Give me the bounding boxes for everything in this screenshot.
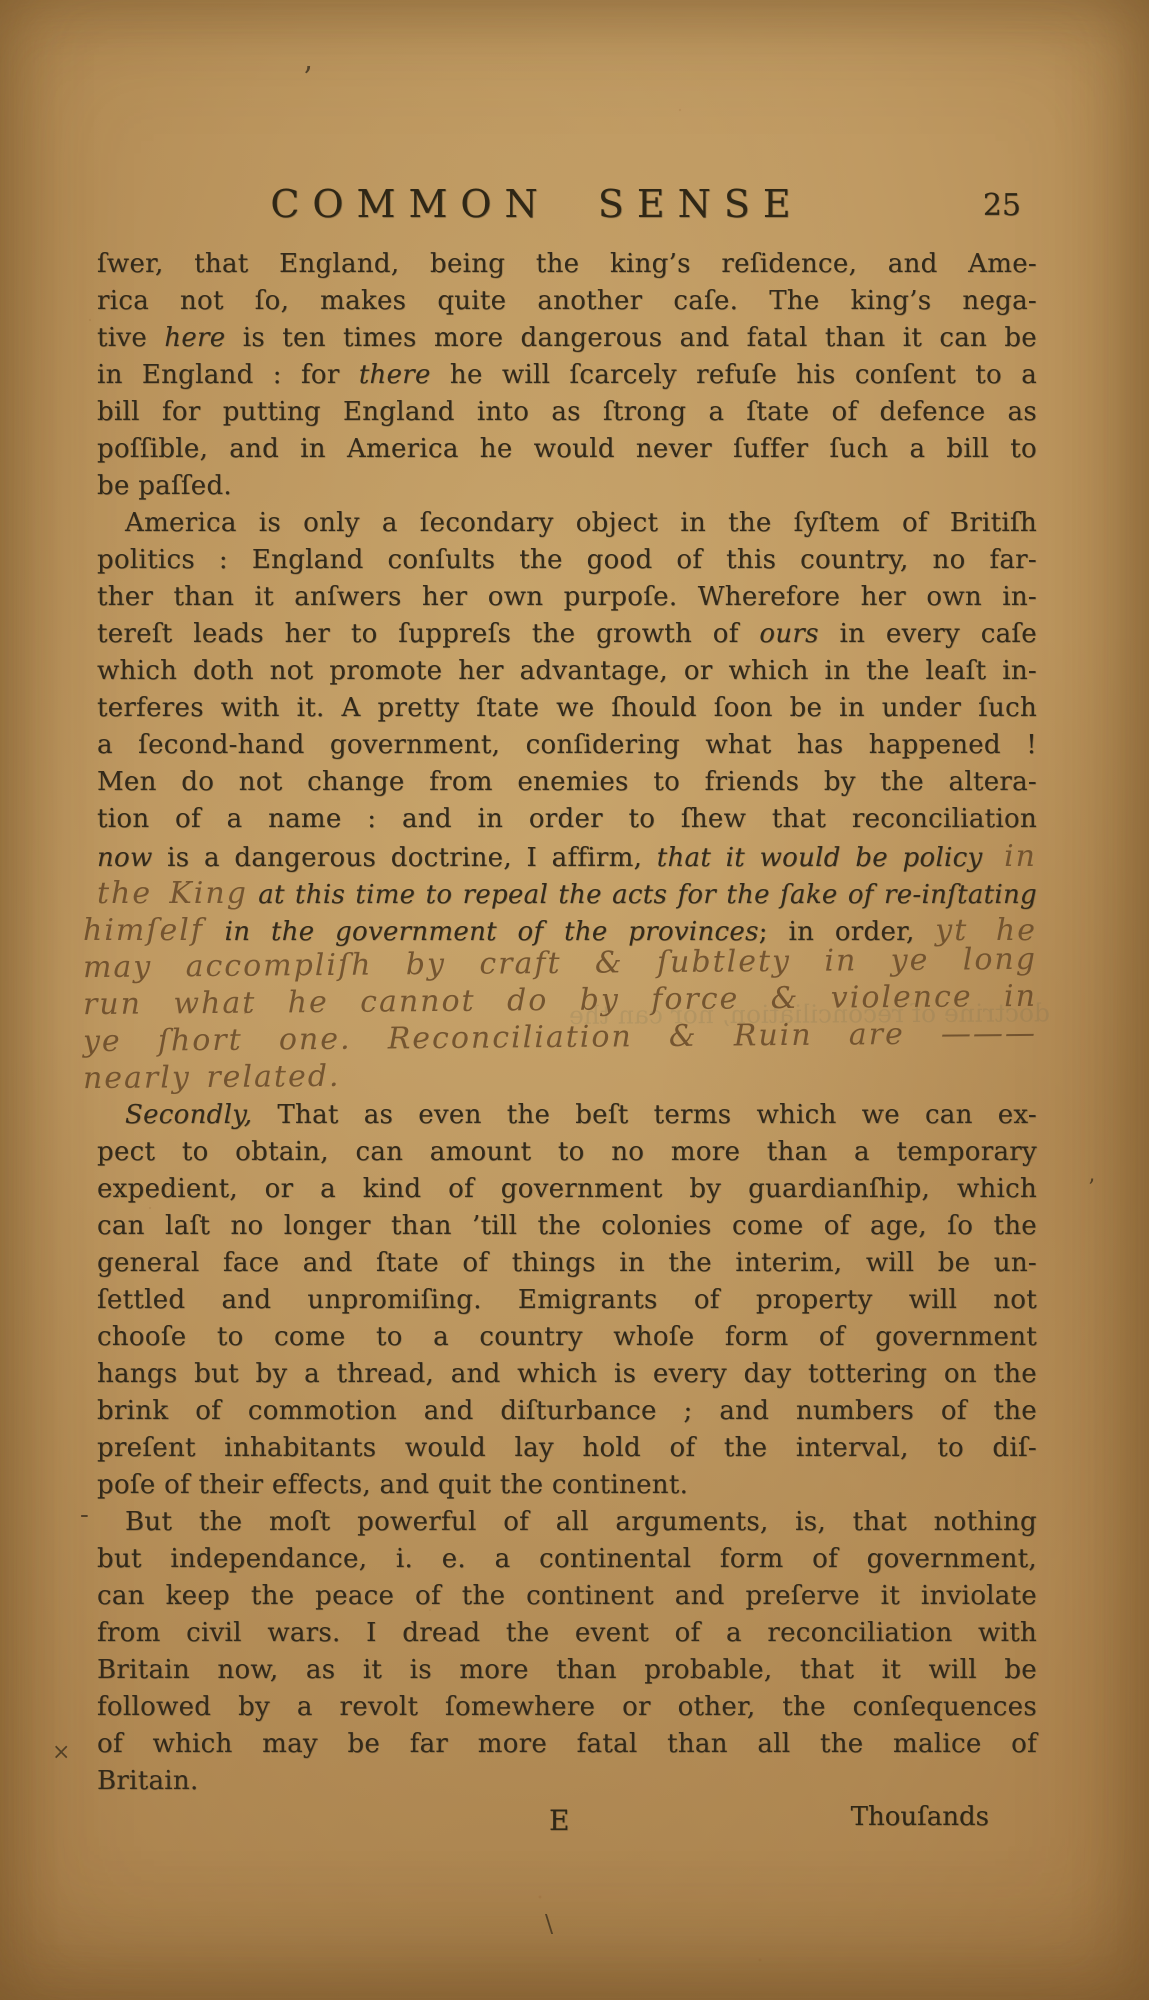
handwritten-annotation: in <box>983 839 1037 874</box>
ink-mark: \ <box>545 1912 553 1936</box>
text-line: in England : for there he will ſcarcely … <box>97 357 1037 394</box>
printed-text: but independance, i. e. a continental fo… <box>97 1544 1037 1574</box>
text-line: nearly related. <box>97 1052 1037 1097</box>
book-page: doctrine of reconciliation, nor can the … <box>0 0 1149 2000</box>
printed-text: which doth not promote her advantage, or… <box>97 656 1037 686</box>
printed-text: from civil wars. I dread the event of a … <box>97 1618 1037 1648</box>
paragraph: ſwer, that England, being the king’s reſ… <box>97 246 1037 505</box>
paragraph: Secondly, That as even the beſt terms wh… <box>97 1097 1037 1504</box>
printed-text: Men do not change from enemies to friend… <box>97 767 1037 797</box>
printed-text: Britain now, as it is more than probable… <box>97 1655 1037 1685</box>
handwritten-annotation: the King <box>97 876 248 911</box>
printed-text: can keep the peace of the continent and … <box>97 1581 1037 1611</box>
text-line: of which may be far more fatal than all … <box>97 1726 1037 1763</box>
text-line: Men do not change from enemies to friend… <box>97 764 1037 801</box>
printed-text: But the moſt powerful of all arguments, … <box>125 1507 1037 1537</box>
italic-print-text: Secondly, <box>125 1100 252 1130</box>
text-line: ſettled and unpromiſing. Emigrants of pr… <box>97 1282 1037 1319</box>
printed-text: is a dangerous doctrine, I affirm, <box>153 843 657 873</box>
text-block: ſwer, that England, being the king’s reſ… <box>97 246 1037 1837</box>
printed-text: politics : England conſults the good of … <box>97 545 1037 575</box>
text-line: which doth not promote her advantage, or… <box>97 653 1037 690</box>
text-line: general face and ſtate of things in the … <box>97 1245 1037 1282</box>
paragraph: America is only a ſecondary object in th… <box>97 505 1037 1097</box>
text-line: rica not ſo, makes quite another caſe. T… <box>97 283 1037 320</box>
italic-print-text: here <box>164 323 225 353</box>
page-number: 25 <box>983 188 1021 223</box>
printed-text: be paſſed. <box>97 471 232 501</box>
printed-text: America is only a ſecondary object in th… <box>125 508 1037 538</box>
printed-text: brink of commotion and diſturbance ; and… <box>97 1396 1037 1426</box>
printed-text: expedient, or a kind of government by gu… <box>97 1174 1037 1204</box>
text-line: poſe of their effects, and quit the cont… <box>97 1467 1037 1504</box>
italic-print-text: at this time to repeal the acts for the … <box>248 880 1037 910</box>
printed-text: hangs but by a thread, and which is ever… <box>97 1359 1037 1389</box>
ink-mark: ’ <box>1088 1178 1095 1200</box>
text-line: tion of a name : and in order to ſhew th… <box>97 801 1037 838</box>
text-line: chooſe to come to a country whoſe form o… <box>97 1319 1037 1356</box>
printed-text: ther than it anſwers her own purpoſe. Wh… <box>97 582 1037 612</box>
text-line: tive here is ten times more dangerous an… <box>97 320 1037 357</box>
printed-text: preſent inhabitants would lay hold of th… <box>97 1433 1037 1463</box>
text-line: but independance, i. e. a continental fo… <box>97 1541 1037 1578</box>
running-header-title: COMMON SENSE <box>97 182 977 226</box>
text-line: ther than it anſwers her own purpoſe. Wh… <box>97 579 1037 616</box>
printed-text: chooſe to come to a country whoſe form o… <box>97 1322 1037 1352</box>
printed-text: Britain. <box>97 1766 199 1796</box>
printed-text: rica not ſo, makes quite another caſe. T… <box>97 286 1037 316</box>
text-line: poſſible, and in America he would never … <box>97 431 1037 468</box>
text-line: terferes with it. A pretty ſtate we ſhou… <box>97 690 1037 727</box>
text-line: America is only a ſecondary object in th… <box>97 505 1037 542</box>
text-line: can keep the peace of the continent and … <box>97 1578 1037 1615</box>
ink-mark: - <box>80 1502 89 1528</box>
printed-text: tion of a name : and in order to ſhew th… <box>97 804 1037 834</box>
handwritten-annotation: himſelf <box>83 913 204 948</box>
text-line: ſwer, that England, being the king’s reſ… <box>97 246 1037 283</box>
printed-text: can laſt no longer than ’till the coloni… <box>97 1211 1037 1241</box>
printed-text: he will ſcarcely refuſe his conſent to a <box>431 360 1037 390</box>
text-line: bill for putting England into as ſtrong … <box>97 394 1037 431</box>
ink-mark: ’ <box>303 64 313 94</box>
text-line: politics : England conſults the good of … <box>97 542 1037 579</box>
text-line: preſent inhabitants would lay hold of th… <box>97 1430 1037 1467</box>
paragraph: But the moſt powerful of all arguments, … <box>97 1504 1037 1800</box>
signature-mark: E <box>549 1804 569 1837</box>
printed-text: of which may be far more fatal than all … <box>97 1729 1037 1759</box>
text-line: followed by a revolt ſomewhere or other,… <box>97 1689 1037 1726</box>
italic-print-text: that it would be policy <box>657 843 983 873</box>
printed-text: bill for putting England into as ſtrong … <box>97 397 1037 427</box>
printed-text: followed by a revolt ſomewhere or other,… <box>97 1692 1037 1722</box>
printed-text: in England : for <box>97 360 359 390</box>
italic-print-text: ours <box>759 619 818 649</box>
italic-print-text: there <box>359 360 431 390</box>
printed-text: ſwer, that England, being the king’s reſ… <box>97 249 1037 279</box>
text-line: tereſt leads her to ſuppreſs the growth … <box>97 616 1037 653</box>
printed-text: That as even the beſt terms which we can… <box>252 1100 1037 1130</box>
printed-text: terferes with it. A pretty ſtate we ſhou… <box>97 693 1037 723</box>
text-line: Secondly, That as even the beſt terms wh… <box>97 1097 1037 1134</box>
printed-text: tive <box>97 323 164 353</box>
text-line: Britain. <box>97 1763 1037 1800</box>
printed-text: in every caſe <box>819 619 1037 649</box>
printed-text: poſe of their effects, and quit the cont… <box>97 1470 688 1500</box>
text-line: pect to obtain, can amount to no more th… <box>97 1134 1037 1171</box>
printed-text: pect to obtain, can amount to no more th… <box>97 1137 1037 1167</box>
ink-mark: × <box>52 1742 70 1764</box>
text-line: Britain now, as it is more than probable… <box>97 1652 1037 1689</box>
printed-text: a ſecond-hand government, conſidering wh… <box>97 730 1037 760</box>
text-line: a ſecond-hand government, conſidering wh… <box>97 727 1037 764</box>
italic-print-text: now <box>97 843 153 873</box>
text-line: from civil wars. I dread the event of a … <box>97 1615 1037 1652</box>
printed-text: is ten times more dangerous and fatal th… <box>225 323 1037 353</box>
printed-text: ſettled and unpromiſing. Emigrants of pr… <box>97 1285 1037 1315</box>
printed-text: general face and ſtate of things in the … <box>97 1248 1037 1278</box>
text-line: hangs but by a thread, and which is ever… <box>97 1356 1037 1393</box>
printed-text: tereſt leads her to ſuppreſs the growth … <box>97 619 759 649</box>
text-line: expedient, or a kind of government by gu… <box>97 1171 1037 1208</box>
text-line: can laſt no longer than ’till the coloni… <box>97 1208 1037 1245</box>
running-header: COMMON SENSE 25 <box>97 182 1037 226</box>
text-line: be paſſed. <box>97 468 1037 505</box>
page-footer: E Thouſands <box>97 1800 1037 1837</box>
handwritten-annotation: nearly related. <box>83 1059 341 1096</box>
text-line: the King at this time to repeal the acts… <box>97 875 1037 912</box>
text-line: now is a dangerous doctrine, I affirm, t… <box>97 838 1037 875</box>
text-line: brink of commotion and diſturbance ; and… <box>97 1393 1037 1430</box>
printed-text: poſſible, and in America he would never … <box>97 434 1037 464</box>
italic-print-text: in the government of the provinces <box>204 917 759 947</box>
catchword: Thouſands <box>851 1802 989 1832</box>
text-line: But the moſt powerful of all arguments, … <box>97 1504 1037 1541</box>
